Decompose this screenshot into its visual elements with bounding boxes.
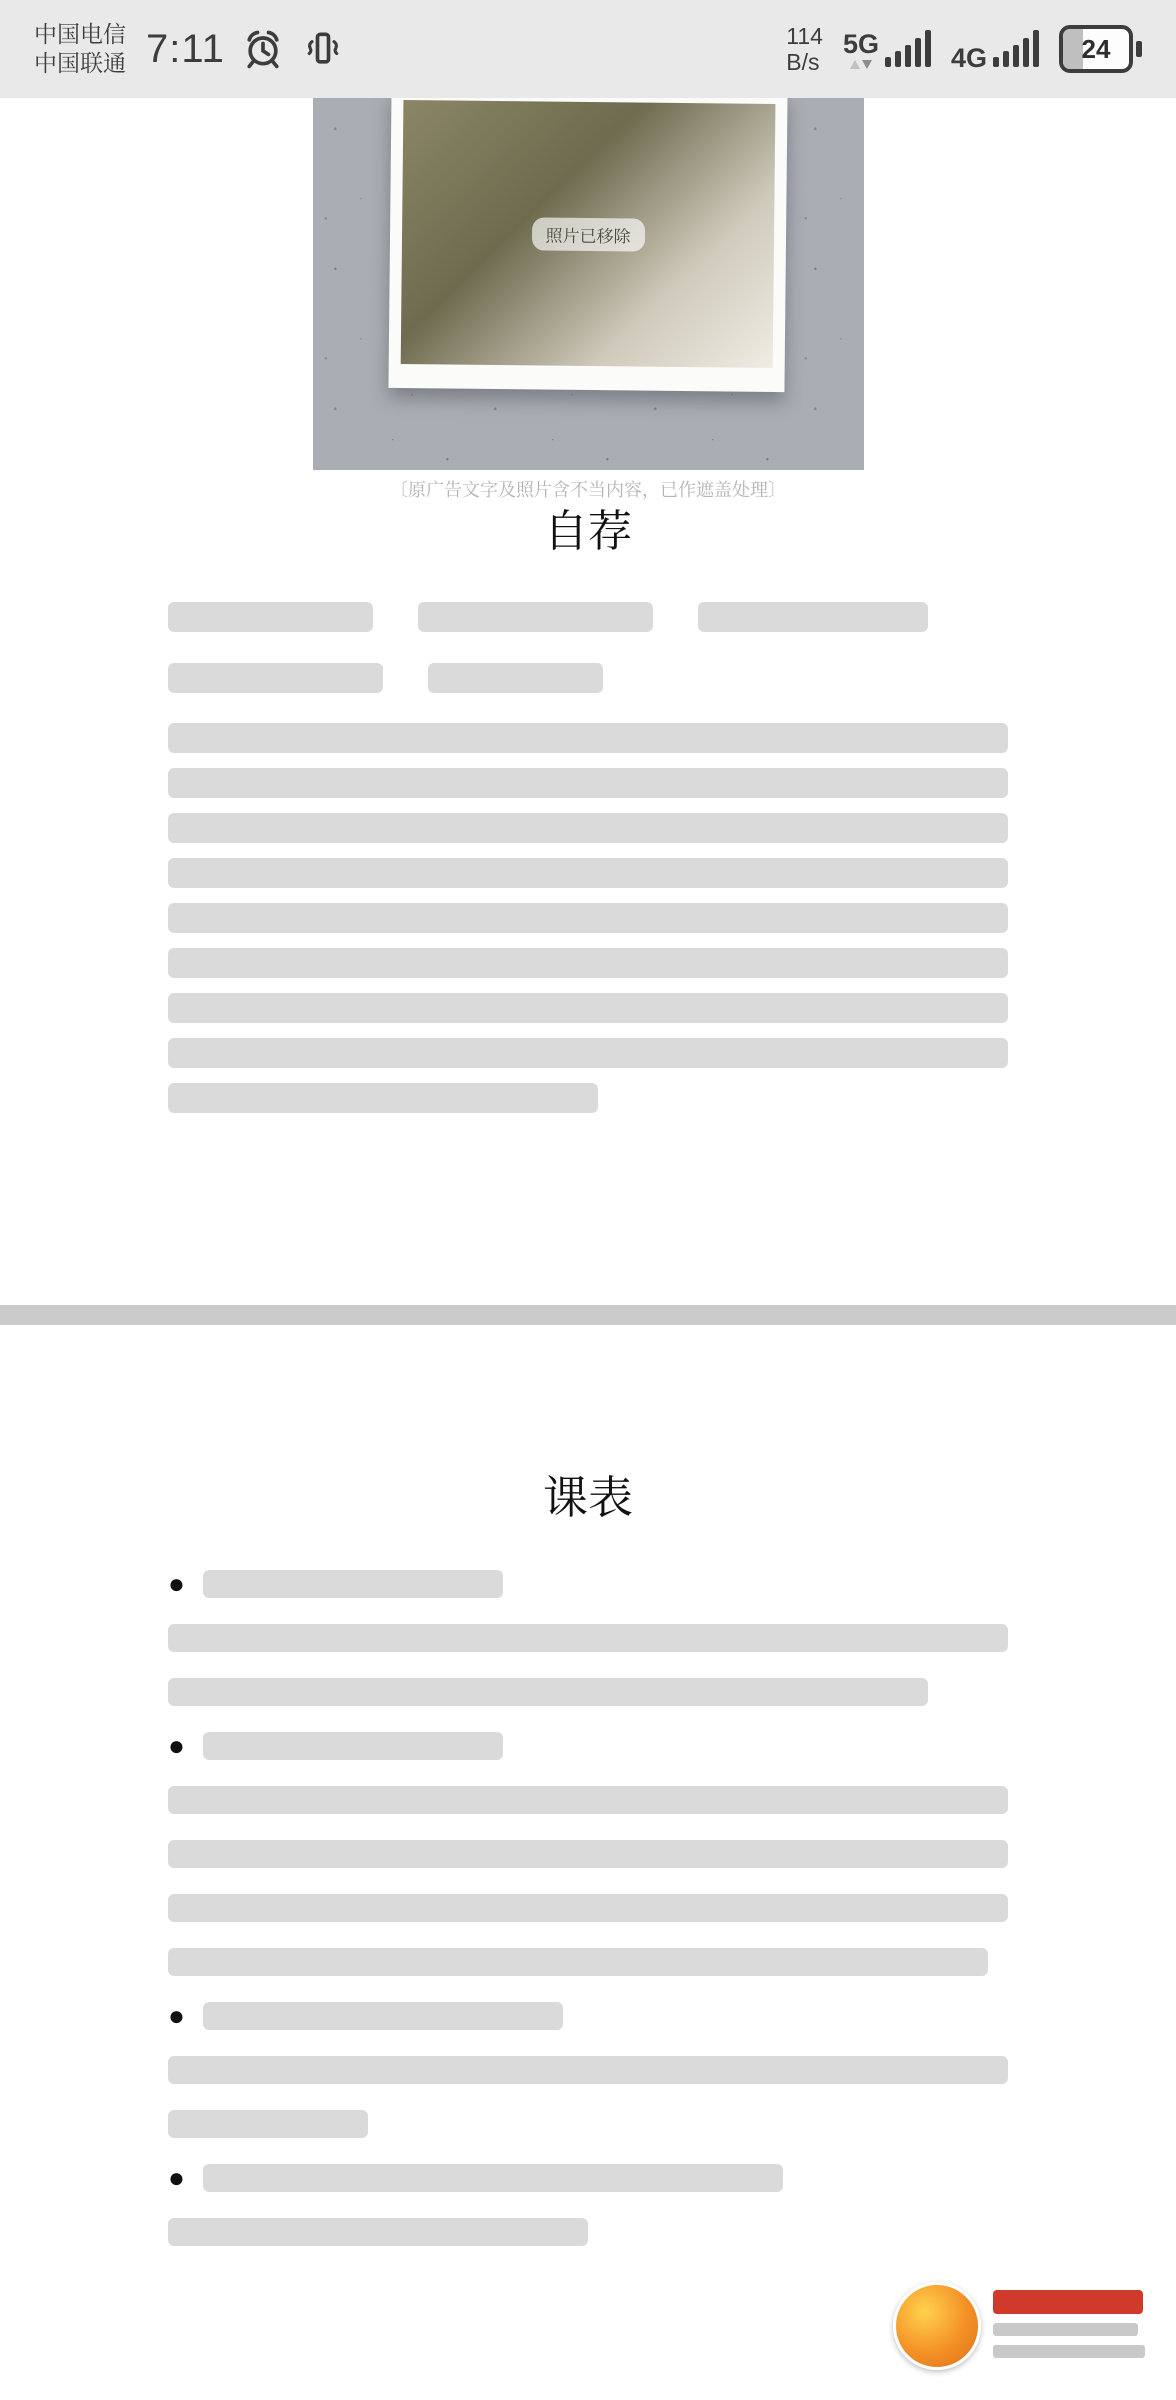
photo-area: 照片已移除	[313, 98, 864, 470]
bullet-icon: ●	[168, 1732, 185, 1760]
clock-time: 7:11	[146, 27, 225, 72]
list-item-detail	[168, 2043, 1008, 2097]
photo-frame: 照片已移除	[388, 98, 787, 392]
info-line-redacted	[168, 586, 1008, 647]
carrier-names: 中国电信 中国联通	[34, 20, 126, 78]
speed-value: 114	[786, 23, 823, 49]
menu-list-redacted: ● ● ● ●	[168, 1557, 1008, 2259]
intro-section-title: 自荐	[0, 506, 1176, 558]
bullet-icon: ●	[168, 2164, 185, 2192]
bullet-icon: ●	[168, 2002, 185, 2030]
signal-bars-icon	[993, 27, 1039, 72]
vibrate-icon	[301, 27, 345, 71]
list-item-detail	[168, 1827, 1008, 1881]
battery-fill	[1063, 29, 1083, 69]
list-item: ●	[168, 1989, 1008, 2043]
screenshot-root: 中国电信 中国联通 7:11	[0, 0, 1176, 2400]
list-item: ●	[168, 2151, 1008, 2205]
alarm-icon	[241, 27, 285, 71]
photo-redacted-label: 照片已移除	[531, 217, 644, 251]
signal-bars-icon	[885, 27, 931, 72]
network-type-label: 4G	[951, 45, 987, 72]
network-speed: 114 B/s	[786, 23, 823, 75]
status-bar: 中国电信 中国联通 7:11	[0, 0, 1176, 98]
redaction-note: 〔原广告文字及照片含不当内容，已作遮盖处理〕	[0, 476, 1176, 502]
intro-info-redacted	[168, 586, 1008, 708]
bullet-icon: ●	[168, 1570, 185, 1598]
battery-icon: 24	[1059, 25, 1142, 73]
data-activity-arrows-icon	[850, 60, 872, 72]
list-item-detail	[168, 2097, 1008, 2151]
intro-paragraph-redacted	[168, 723, 1008, 1113]
info-line-redacted	[168, 647, 1008, 708]
list-item-detail	[168, 1935, 1008, 1989]
photo-placeholder: 照片已移除	[401, 100, 776, 368]
list-item-detail	[168, 1773, 1008, 1827]
list-item-detail	[168, 1611, 1008, 1665]
list-item-detail	[168, 1881, 1008, 1935]
carrier-1: 中国电信	[34, 20, 126, 49]
battery-percent: 24	[1082, 34, 1111, 65]
watermark-redacted	[893, 2282, 1145, 2370]
menu-section-title: 课表	[0, 1471, 1176, 1525]
watermark-text-redacted	[993, 2282, 1145, 2358]
list-item: ●	[168, 1719, 1008, 1773]
network-type-label: 5G	[843, 31, 879, 58]
signal-5g: 5G	[843, 27, 931, 72]
speed-unit: B/s	[786, 49, 823, 75]
list-item: ●	[168, 1557, 1008, 1611]
forum-logo-icon	[893, 2282, 981, 2370]
page-divider	[0, 1305, 1176, 1325]
list-item-detail	[168, 1665, 1008, 1719]
signal-4g: 4G	[951, 27, 1039, 72]
carrier-2: 中国联通	[34, 49, 126, 78]
list-item-detail	[168, 2205, 1008, 2259]
